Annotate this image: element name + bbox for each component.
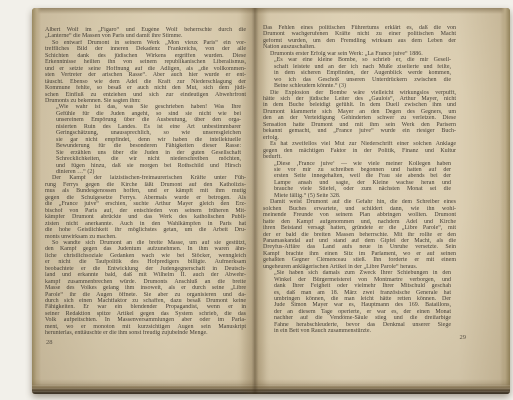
text-line: den Kampf gegen das Judentum aufzunehmen… (45, 246, 246, 252)
text-line: in dem Buche beleidigt gefühlt. In dem D… (263, 102, 456, 108)
text-line: „Es war eine kleine Bombe, so schrieb er… (274, 57, 451, 63)
text-line: Es hat zweifellos viel Mut zur Niedersch… (263, 141, 456, 147)
quote-block: „Es war eine kleine Bombe, so schrieb er… (263, 57, 456, 89)
text-column-left: Albert Wolf im „Figaro“ und Eugène Wolf … (45, 27, 246, 337)
text-line: Geringschätzung, unaussprechlich, so wie… (56, 130, 241, 136)
text-line: herunterlas, enttäuschte er die ihm sons… (45, 330, 246, 336)
text-line: brauche viele Stiefel, oder zum nächsten… (274, 186, 451, 192)
text-line: Fähigkeiten. Er war ein blendender Propa… (45, 304, 246, 310)
book-left-page-stack-edge (32, 8, 41, 394)
paragraph-block: Albert Wolf im „Figaro“ und Eugène Wolf … (45, 27, 246, 40)
text-line: land und erkannte bald, daß mit Wilhelm … (45, 272, 246, 278)
text-line: kämpfer Drumont abrückte und das Werk de… (45, 214, 246, 220)
paragraph-block: So entwarf Drumont in seinem Werk „Mon v… (45, 40, 246, 105)
paragraph-block: Das Fehlen eines politischen Führertums … (263, 25, 456, 51)
text-line: „Wie wahr ist das, was Sie geschrieben h… (56, 104, 241, 110)
text-line: die hohe Geistlichkeit ihr möglichstes g… (45, 227, 246, 233)
quote-block: „Sie haben sich damals zum Zweck Ihrer S… (263, 270, 456, 335)
text-line: meinende Freunde von seinem Plan abbring… (263, 212, 456, 218)
paragraph-block: Es hat zweifellos viel Mut zur Niedersch… (263, 141, 456, 160)
text-column-right: Das Fehlen eines politischen Führertums … (263, 25, 456, 335)
book-top-edge (32, 8, 510, 14)
text-line: gegen den mächtigen Faktor in der Politi… (263, 148, 456, 154)
text-line: dank Ihrer Feigheit oder vielmehr Ihrer … (274, 283, 451, 289)
text-line: in dem sicheren Empfinden, der Augenblic… (274, 70, 451, 76)
paragraph-block: Die Explosion der Bombe wäre vielleicht … (263, 90, 456, 142)
text-line: Damit weist Drumont auf die Gefahr hin, … (263, 199, 456, 205)
text-line: Bewunderung für die besonderen Fähigkeit… (56, 143, 241, 149)
text-line: ersten Seite innegehalten, weil die Frau… (274, 173, 451, 179)
quote-block: „Wie wahr ist das, was Sie geschrieben h… (45, 104, 246, 175)
text-line: bekannt gemacht, und „France juive“ wurd… (263, 128, 456, 134)
book-photo-background: { "book": { "colors": { "photo_backgroun… (0, 0, 513, 400)
text-line: unsereinem Empörung über die Ausbeutung,… (56, 117, 241, 123)
text-line: nachher auf die Vendôme-Säule stieg und … (274, 315, 451, 321)
text-line: „Sie haben sich damals zum Zweck Ihrer S… (274, 270, 451, 276)
page-number-left: 28 (46, 339, 53, 346)
text-line: treffliches Bild der inneren Dekadenz Fr… (45, 46, 246, 52)
text-line: mus als Bundesgenossen hoffen, und er kä… (45, 188, 246, 194)
text-line: den an der Verteidigung Gehinderten schw… (263, 115, 456, 121)
book-right-page-stack-edge (501, 8, 510, 394)
book-bottom-page-stack-edge (32, 379, 510, 394)
text-line: Schrecklichkeiten, die wir nicht nieders… (56, 156, 241, 162)
text-line: gehaßten Gegner Clémenceau stieß. Ihn fo… (263, 257, 456, 263)
text-line: Drumont wachgerufenen Kräfte nicht zu ei… (263, 31, 456, 37)
text-line: er nicht die Taufpolitik des Hofprediger… (45, 259, 246, 265)
text-line: Masse des Volkes gelang ihm insoweit, al… (45, 285, 246, 291)
text-line: die „France juive“ erschien, suchte Arth… (45, 201, 246, 207)
quote-block: „Diese ‚France juive‘ — wie viele meiner… (263, 161, 456, 200)
text-line: ihren Beistand versagt hatten, gründete … (263, 225, 456, 231)
paragraph-block: So wandte sich Drumont an die breite Mas… (45, 240, 246, 337)
text-line: Volk aufpeitschten. In Massenversammlung… (45, 317, 246, 323)
text-line: Der Kampf der laizistischen-freimaureris… (45, 175, 246, 181)
paragraph-block: Damit weist Drumont auf die Gefahr hin, … (263, 199, 456, 270)
text-line: sten Vertreter der arischen Rasse“. Aber… (45, 72, 246, 78)
text-line: Erkenntnisse heilten ihn von seinem repu… (45, 59, 246, 65)
text-line: der er bald die breiten Massen beherrsch… (263, 232, 456, 238)
text-line: in ein Bett von Rauch zusammenstürzte. (274, 328, 451, 334)
text-line: Kommune fehlte, so besaß er auch nicht d… (45, 85, 246, 91)
text-line: Dreyfus-Affäre das Land aufs neue in Unr… (263, 244, 456, 250)
text-line: Jude Simon Mayer war es, Hauptmann des 1… (274, 302, 451, 308)
page-number-right: 29 (438, 334, 466, 341)
paragraph-block: Der Kampf der laizistischen-freimaureris… (45, 175, 246, 240)
